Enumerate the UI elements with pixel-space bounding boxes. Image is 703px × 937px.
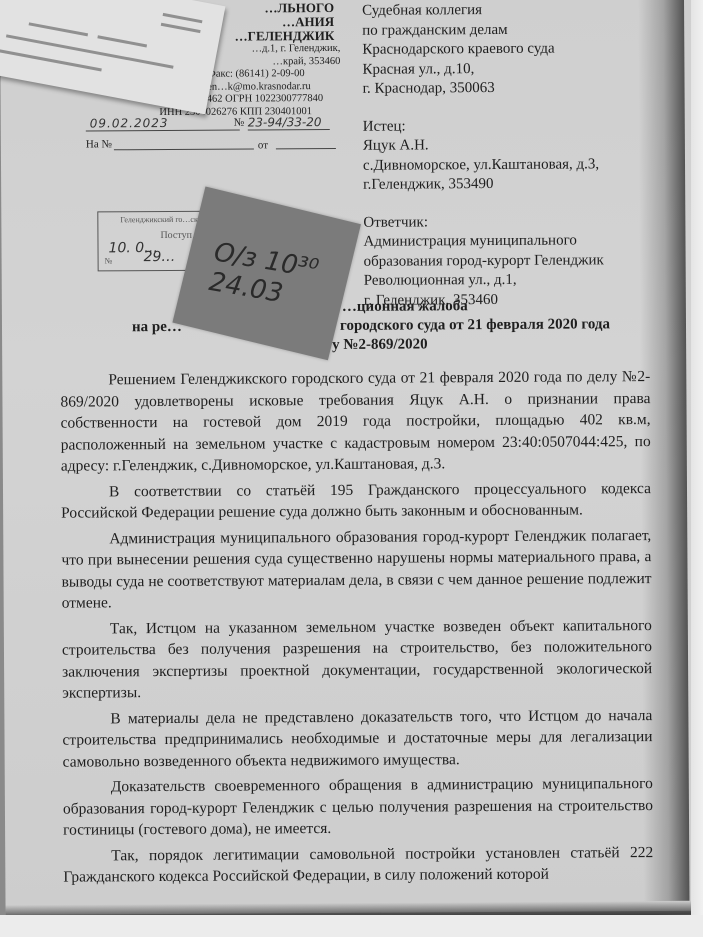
slip-text-line (163, 13, 203, 23)
body-paragraph: Решением Геленджикского городского суда … (60, 366, 651, 477)
slip-text-line (161, 23, 201, 33)
reference-date-label: от (258, 139, 268, 151)
title-line-2-left: на ре… (132, 318, 182, 337)
defendant-label: Ответчик: (363, 212, 653, 233)
document-page: …ЛЬНОГО …АНИЯ …ГЕЛЕНДЖИК …д.1, г. Геленд… (0, 0, 698, 915)
document-body: Решением Геленджикского городского суда … (60, 366, 653, 892)
slip-text-line (29, 22, 89, 36)
background-surface (0, 915, 703, 937)
title-line-1: …ционная жалоба (342, 297, 468, 317)
plaintiff-label: Истец: (363, 116, 653, 137)
outgoing-date: 09.02.2023 (86, 116, 240, 132)
stamp-number-label: № (105, 256, 113, 265)
court-line-1: Судебная коллегия (362, 0, 652, 21)
stamp-number: 29… (144, 249, 176, 265)
sticky-note: О/з 10³⁰ 24.03 (172, 186, 361, 360)
outgoing-number: 23-94/33-20 (248, 115, 330, 131)
plaintiff-line-1: Яцук А.Н. (363, 135, 653, 156)
body-paragraph: В соответствии со статьёй 195 Гражданско… (61, 478, 651, 525)
court-line-5: г. Краснодар, 350063 (362, 78, 652, 99)
title-line-2-right: городского суда от 21 февраля 2020 года (340, 315, 610, 336)
slip-text-line (97, 35, 147, 47)
reference-number-line (114, 148, 254, 150)
defendant-line-1: Администрация муниципального (363, 231, 653, 252)
title-line-3: у №2-869/2020 (332, 335, 428, 355)
slip-text-line (6, 34, 174, 68)
court-line-3: Краснодарского краевого суда (362, 39, 652, 60)
defendant-line-3: Революционная ул., д.1, (364, 270, 654, 291)
reference-date-line (276, 148, 336, 149)
plaintiff-line-2: с.Дивноморское, ул.Каштановая, д.3, (363, 155, 653, 176)
body-paragraph: Так, порядок легитимации самовольной пос… (63, 842, 653, 889)
body-paragraph: Администрация муниципального образования… (61, 525, 652, 615)
background-strip (691, 0, 703, 937)
defendant-line-2: образования город-курорт Геленджик (364, 251, 654, 272)
body-paragraph: Доказательств своевременного обращения в… (63, 773, 653, 841)
outgoing-number-label: № (234, 117, 245, 129)
court-line-4: Красная ул., д.10, (362, 59, 652, 80)
reference-number-label: На № (86, 138, 112, 150)
court-line-2: по гражданским делам (362, 20, 652, 41)
sticky-note-text: О/з 10³⁰ 24.03 (207, 237, 350, 319)
plaintiff-line-3: г.Геленджик, 353490 (363, 174, 653, 195)
body-paragraph: Так, Истцом на указанном земельном участ… (62, 615, 653, 705)
addressee-block: Судебная коллегия по гражданским делам К… (362, 0, 654, 311)
body-paragraph: В материалы дела не представлено доказат… (62, 705, 652, 773)
